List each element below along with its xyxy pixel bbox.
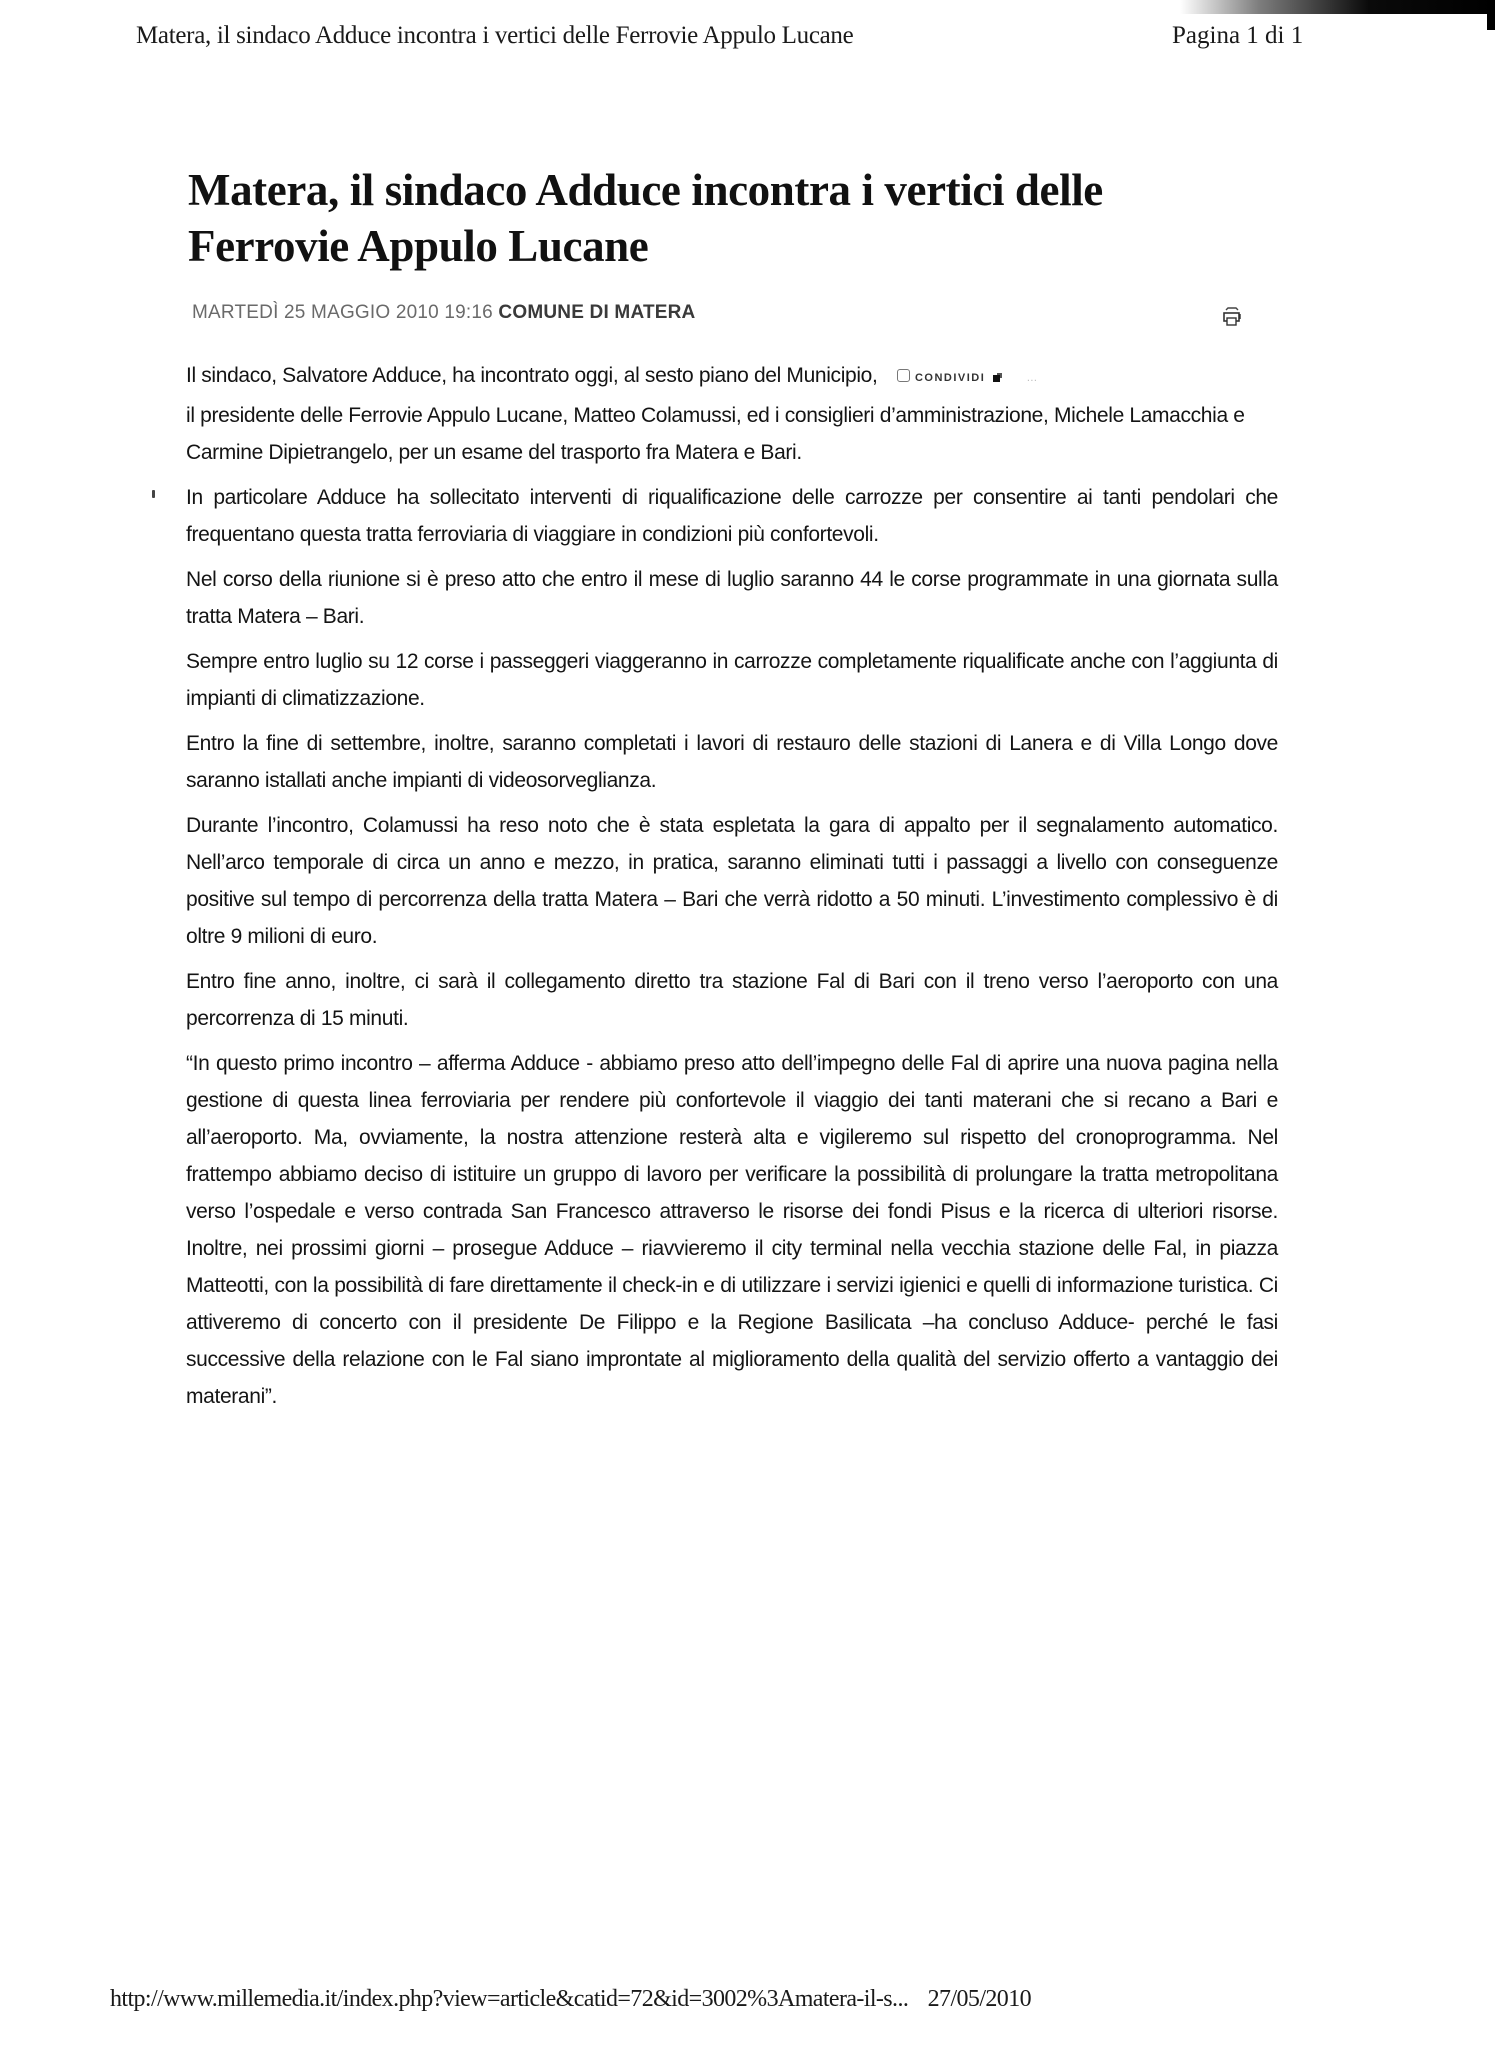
article-meta: MARTEDÌ 25 MAGGIO 2010 19:16 COMUNE DI M…: [192, 302, 1292, 324]
scan-edge-shadow: [1180, 0, 1495, 14]
article-author: COMUNE DI MATERA: [498, 302, 695, 323]
article-paragraph-2: In particolare Adduce ha sollecitato int…: [186, 479, 1278, 553]
article-body: Il sindaco, Salvatore Adduce, ha incontr…: [186, 357, 1278, 1423]
article-paragraph-7: Entro fine anno, inoltre, ci sarà il col…: [186, 963, 1278, 1037]
print-header-title: Matera, il sindaco Adduce incontra i ver…: [136, 22, 853, 50]
print-footer-date: 27/05/2010: [928, 1986, 1031, 2012]
article-date: MARTEDÌ 25 MAGGIO 2010 19:16: [192, 302, 493, 323]
print-icon[interactable]: [1222, 306, 1242, 328]
scan-edge-corner: [1487, 0, 1495, 30]
article-paragraph-5: Entro la fine di settembre, inoltre, sar…: [186, 725, 1278, 799]
share-more-icon: …: [1026, 372, 1037, 384]
article-paragraph-4: Sempre entro luglio su 12 corse i passeg…: [186, 643, 1278, 717]
article-paragraph-6: Durante l’incontro, Colamussi ha reso no…: [186, 807, 1278, 955]
share-label: CONDIVIDI: [915, 372, 985, 384]
bookmark-icon: [993, 375, 1000, 382]
printer-glyph: [1222, 306, 1242, 328]
print-footer-url: http://www.millemedia.it/index.php?view=…: [110, 1986, 908, 2012]
article-title: Matera, il sindaco Adduce incontra i ver…: [188, 162, 1188, 274]
article-paragraph-1: Il sindaco, Salvatore Adduce, ha incontr…: [186, 357, 1278, 471]
print-page-count: Pagina 1 di 1: [1172, 22, 1303, 50]
paragraph-lead: Il sindaco, Salvatore Adduce, ha incontr…: [186, 364, 877, 387]
paragraph-rest: il presidente delle Ferrovie Appulo Luca…: [186, 404, 1245, 464]
print-footer: http://www.millemedia.it/index.php?view=…: [110, 1986, 1370, 2013]
share-icon: [897, 369, 910, 382]
article-paragraph-3: Nel corso della riunione si è preso atto…: [186, 561, 1278, 635]
article-paragraph-8: “In questo primo incontro – afferma Addu…: [186, 1045, 1278, 1415]
scan-artifact-mark: [152, 490, 155, 498]
share-button[interactable]: CONDIVIDI…: [897, 360, 1037, 397]
